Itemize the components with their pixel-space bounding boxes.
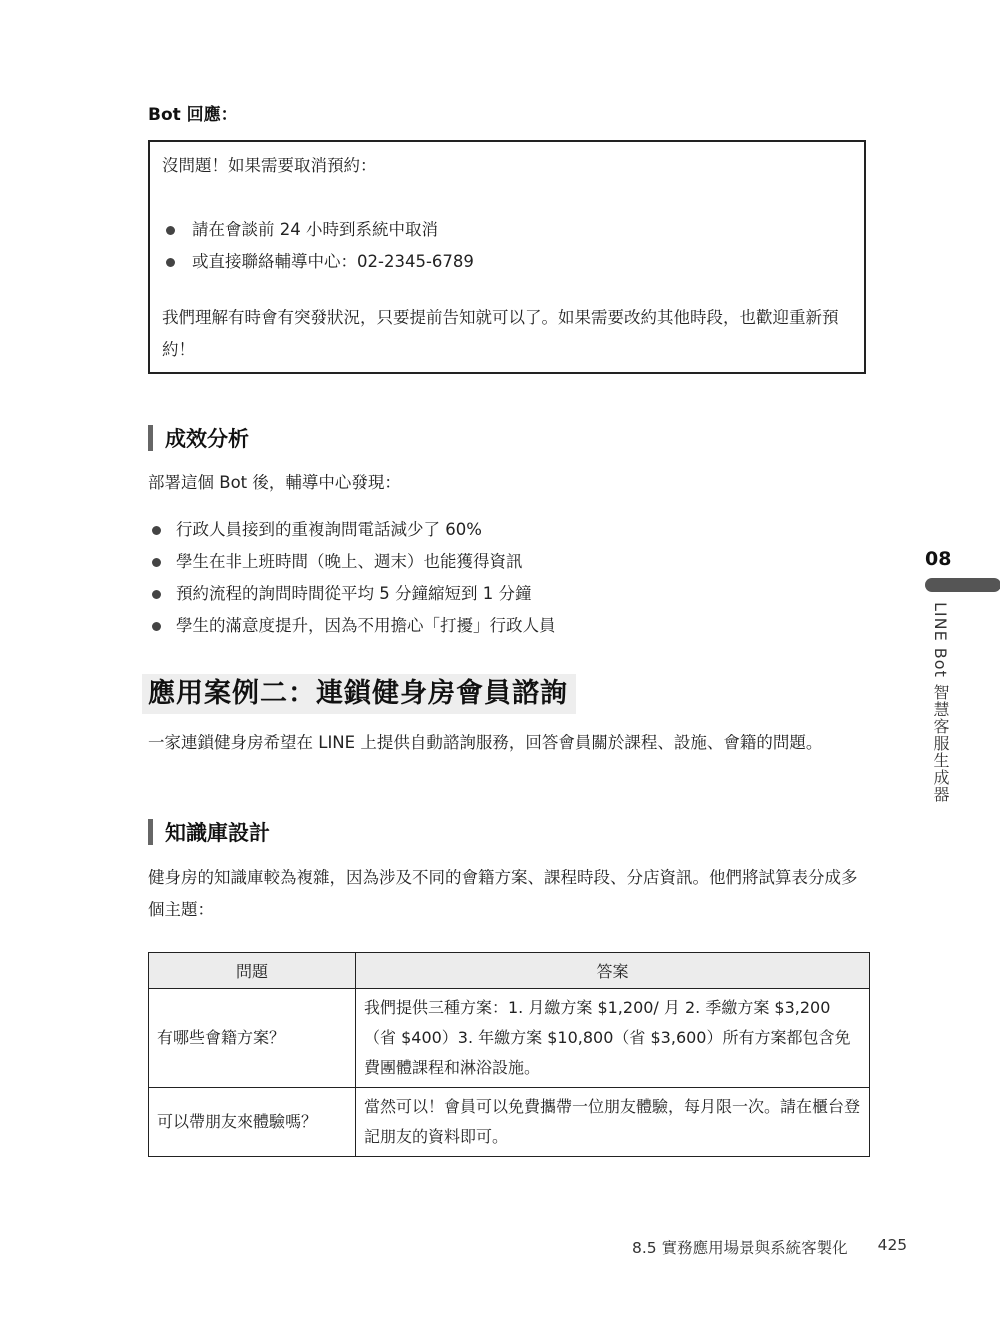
list-item: 學生在非上班時間（晚上、週末）也能獲得資訊: [148, 546, 556, 578]
bullet-icon: [152, 558, 161, 567]
list-item: 預約流程的詢問時間從平均 5 分鐘縮短到 1 分鐘: [148, 578, 556, 610]
bot-response-intro: 沒問題！如果需要取消預約：: [162, 150, 852, 182]
kb-intro: 健身房的知識庫較為複雜，因為涉及不同的會籍方案、課程時段、分店資訊。他們將試算表…: [148, 862, 870, 926]
bullet-icon: [166, 258, 175, 267]
page-number: 425: [878, 1236, 908, 1258]
page-footer: 8.5 實務應用場景與系統客製化 425: [632, 1236, 907, 1258]
cell-answer: 我們提供三種方案：1. 月繳方案 $1,200/ 月 2. 季繳方案 $3,20…: [356, 989, 870, 1088]
bot-response-label: Bot 回應：: [148, 100, 238, 125]
bot-response-bullets: 請在會談前 24 小時到系統中取消 或直接聯絡輔導中心：02-2345-6789: [162, 214, 852, 278]
footer-section: 8.5 實務應用場景與系統客製化: [632, 1236, 848, 1258]
bot-response-box: 沒問題！如果需要取消預約： 請在會談前 24 小時到系統中取消 或直接聯絡輔導中…: [148, 140, 866, 374]
chapter-side-tab: 08 LINE Bot 智慧客服生成器: [925, 548, 1000, 803]
cell-question: 可以帶朋友來體驗嗎？: [149, 1088, 356, 1157]
chapter-pill: [925, 578, 1000, 592]
list-item: 或直接聯絡輔導中心：02-2345-6789: [162, 246, 852, 278]
list-item: 學生的滿意度提升，因為不用擔心「打擾」行政人員: [148, 610, 556, 642]
bullet-icon: [166, 226, 175, 235]
spacer: [162, 182, 852, 214]
results-bullets: 行政人員接到的重複詢問電話減少了 60% 學生在非上班時間（晚上、週末）也能獲得…: [148, 514, 556, 642]
results-intro: 部署這個 Bot 後，輔導中心發現：: [148, 467, 870, 499]
table-row: 可以帶朋友來體驗嗎？ 當然可以！會員可以免費攜帶一位朋友體驗，每月限一次。請在櫃…: [149, 1088, 870, 1157]
chapter-number: 08: [925, 548, 1000, 570]
header-answer: 答案: [356, 953, 870, 989]
table-row: 有哪些會籍方案？ 我們提供三種方案：1. 月繳方案 $1,200/ 月 2. 季…: [149, 989, 870, 1088]
bullet-icon: [152, 622, 161, 631]
header-question: 問題: [149, 953, 356, 989]
cell-question: 有哪些會籍方案？: [149, 989, 356, 1088]
spacer: [162, 278, 852, 302]
list-item: 行政人員接到的重複詢問電話減少了 60%: [148, 514, 556, 546]
kb-table: 問題 答案 有哪些會籍方案？ 我們提供三種方案：1. 月繳方案 $1,200/ …: [148, 952, 870, 1157]
table-header-row: 問題 答案: [149, 953, 870, 989]
section-heading-results: 成效分析: [148, 423, 249, 453]
bullet-icon: [152, 526, 161, 535]
chapter-title: LINE Bot 智慧客服生成器: [929, 602, 952, 803]
bot-response-closing: 我們理解有時會有突發狀況，只要提前告知就可以了。如果需要改約其他時段，也歡迎重新…: [162, 302, 852, 366]
case-two-title: 應用案例二：連鎖健身房會員諮詢: [142, 674, 576, 714]
heading-bar: [148, 425, 153, 451]
heading-bar: [148, 819, 153, 845]
cell-answer: 當然可以！會員可以免費攜帶一位朋友體驗，每月限一次。請在櫃台登記朋友的資料即可。: [356, 1088, 870, 1157]
list-item: 請在會談前 24 小時到系統中取消: [162, 214, 852, 246]
section-heading-kb: 知識庫設計: [148, 817, 270, 847]
case-two-intro: 一家連鎖健身房希望在 LINE 上提供自動諮詢服務，回答會員關於課程、設施、會籍…: [148, 727, 870, 759]
bullet-icon: [152, 590, 161, 599]
